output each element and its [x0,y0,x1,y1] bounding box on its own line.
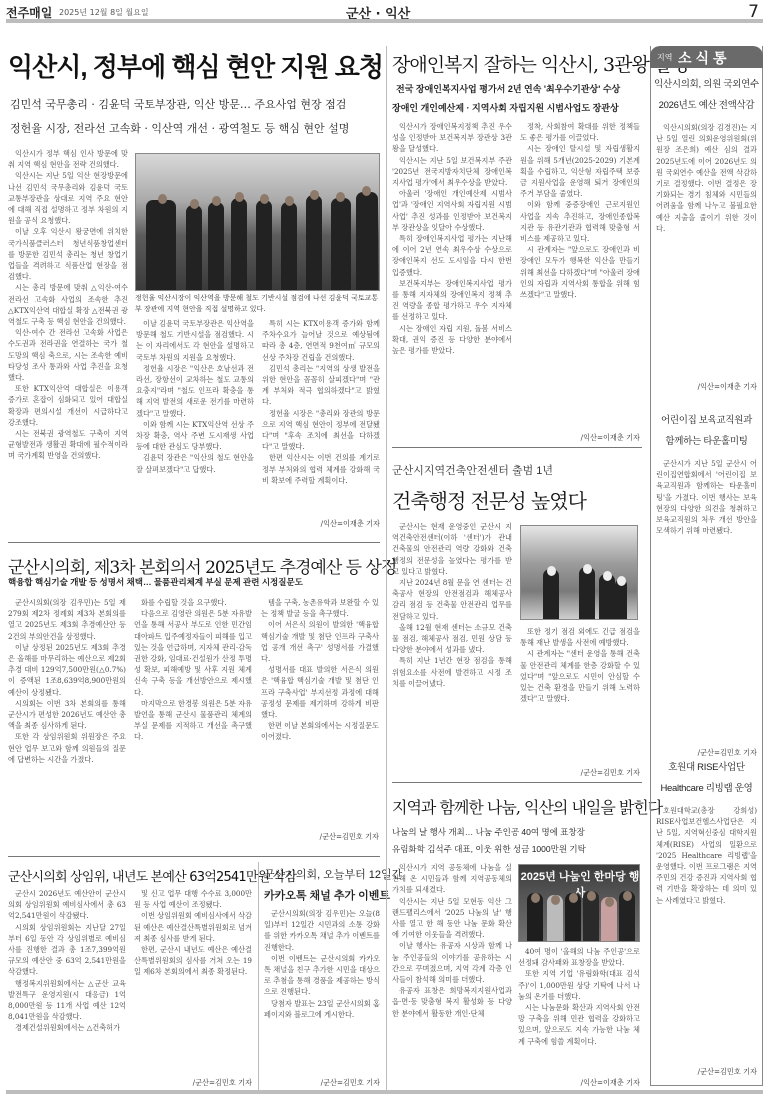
sidebar-item-title: 2026년도 예산 전액삭감 [650,95,763,116]
sidebar-item-byline: /군산=김민호 기자 [650,1067,757,1077]
sidebar-item: 익산시의회, 의원 국외연수 2026년도 예산 전액삭감 익산시의회(의장 김… [650,74,763,392]
sharing-subhead-1: 나눔의 날 행사 개최… 나눔 주인공 40여 명에 표창장 [392,826,585,838]
council-col1: 군산시의회(의장 김우민)는 5일 제 279회 제2차 정례회 제3차 본회의… [8,597,126,845]
building-photo [520,525,638,620]
divider [8,542,380,543]
main-article-col3: 특히 시는 KTX이용객 증가와 함께 주차수요가 늘어날 것으로 예상됨에 따… [262,318,380,518]
building-byline: /군산=김민호 기자 [520,768,640,778]
main-subhead-2: 정헌율 시장, 전라선 고속화 · 익산역 개선 · 광역철도 등 핵심 현안 … [10,120,349,136]
column-divider [386,46,387,1090]
main-subhead-1: 김민석 국무총리 · 김윤덕 국토부장관, 익산 방문… 주요사업 현장 점검 [10,96,346,112]
disability-col2: 정착, 사회참여 확대를 위한 정책들도 좋은 평가를 이끌었다. 시는 장애인… [520,121,640,426]
divider [392,447,642,448]
sharing-col1: 익산시가 지역 공동체에 나눔을 실천해 온 시민들과 함께 지역공동체의 가치… [392,862,512,1082]
sidebar-item-title: 익산시의회, 의원 국외연수 [650,74,763,95]
main-byline: /익산=이재춘 기자 [262,519,380,529]
building-col1: 군산시는 현재 운영중인 군산시 지역건축안전센터(이하 '센터')가 관내 건… [392,521,512,786]
main-photo-caption: 정헌율 익산시장이 익산역을 방문해 철도 기반시설 점검에 나선 김윤덕 국토… [135,293,380,315]
council-col3: 템을 구축, 농촌유학과 보완할 수 있는 정책 발굴 등을 촉구했다. 이어 … [261,597,379,829]
top-rule [6,19,763,23]
sidebar-label-small: 지역 [657,52,672,63]
main-headline: 익산시, 정부에 핵심 현안 지원 요청 [8,47,383,84]
council-col2: 화를 수립할 것을 요구했다. 다음으로 김영란 의원은 5분 자유발언을 통해… [134,597,252,845]
sidebar-item-body: 군산시가 지난 5일 군산시 어린이집연합회에서 '어린이집 보육교직원과 함께… [656,458,757,748]
building-col2: 또한 정기 점검 외에도 긴급 점검을 통해 재난 발생을 사전에 예방했다. … [520,626,640,766]
sharing-byline: /익산=이재춘 기자 [518,1078,640,1088]
main-article-col1: 익산시가 정부 핵심 인사 방문에 맞춰 지역 핵심 현안을 전략 건의했다. … [8,148,128,538]
divider [392,782,642,783]
sidebar-item-byline: /익산=이재춘 기자 [650,382,757,392]
committee-headline: 군산시의회 상임위, 내년도 본예산 63억2541만원 삭감 [8,866,296,885]
committee-col2: 및 신고 업무 대행 수수료 3,000만원 등 사업 예산이 조정됐다. 이번… [134,888,252,1073]
disability-headline: 장애인복지 잘하는 익산시, 3관왕 달성 [392,50,689,77]
divider [8,856,380,857]
bottom-rule [6,1090,763,1094]
sidebar-label-big: 소식통 [678,48,731,68]
disability-subhead-2: 장애인 개인예산제 · 지역사회 자립지원 시범사업도 장관상 [392,101,619,114]
column-divider [258,862,259,1090]
sidebar-item-title: 어린이집 보육교직원과 [650,410,763,431]
main-photo [135,153,380,291]
disability-subhead-1: 전국 장애인복지사업 평가서 2년 연속 '최우수기관상' 수상 [396,82,620,95]
main-article-col2: 이날 김윤덕 국토부장관은 익산역을 방문해 철도 기반시설을 점검했다. 시는… [136,318,254,533]
council-byline: /군산=김민호 기자 [261,832,379,842]
sharing-headline: 지역과 함께한 나눔, 익산의 내일을 밝힌다 [392,795,662,818]
sharing-col2: 40여 명이 '올해의 나눔 주인공'으로 선정돼 감사패와 표창장을 받았다.… [518,946,640,1076]
sidebar-item-title: Healthcare 리빙랩 운영 [650,778,763,799]
disability-col1: 익산시가 장애인복지정책 추진 우수성을 인정받아 보건복지부 장관상 3관왕을… [392,121,512,441]
issue-date: 2025년 12월 8일 월요일 [59,7,149,18]
council-subhead: 핵융합 핵심기술 개발 등 성명서 채택… 물품관리체계 부실 문제 관련 시정… [8,576,303,588]
sharing-subhead-2: 유림화학 김석주 대표, 이웃 위한 성금 1000만원 기탁 [392,843,586,855]
sharing-photo: 2025년 나눔인 한마당 행사 [518,864,640,942]
council-headline: 군산시의회, 제3차 본회의서 2025년도 추경예산 등 상정 [8,553,396,578]
kakao-body: 군산시의회(의장 김우민)는 오늘(8일)부터 12일간 시민과의 소통 강화를… [264,908,380,1073]
sidebar-item: 어린이집 보육교직원과 함께하는 타운홀미팅 군산시가 지난 5일 군산시 어린… [650,410,763,758]
sidebar-item-body: 호원대학교(총장 강희성) RISE사업보건헬스사업단은 지난 5일, 지역혁신… [656,805,757,1067]
sidebar-header: 지역 소식통 [650,46,763,68]
building-headline: 건축행정 전문성 높였다 [392,485,586,514]
kakao-headline: 군산시의회, 오늘부터 12일간 [264,866,402,882]
kakao-byline: /군산=김민호 기자 [264,1078,380,1088]
kakao-subhead: 카카오톡 채널 추가 이벤트 [264,887,390,903]
sidebar-item: 호원대 RISE사업단 Healthcare 리빙랩 운영 호원대학교(총장 강… [650,757,763,1077]
sidebar-item-title: 호원대 RISE사업단 [650,757,763,778]
committee-byline: /군산=김민호 기자 [134,1078,252,1088]
committee-col1: 군산시 2026년도 예산안이 군산시의회 상임위원회 예비심사에서 총 63억… [8,888,126,1088]
sidebar-item-title: 함께하는 타운홀미팅 [650,431,763,452]
building-kicker: 군산시지역건축안전센터 출범 1년 [392,462,553,478]
disability-byline: /익산=이재춘 기자 [520,433,640,443]
sidebar-item-body: 익산시의회(의장 김경진)는 지난 5일 열린 의회운영위원회(위원장 조은희)… [656,122,757,382]
